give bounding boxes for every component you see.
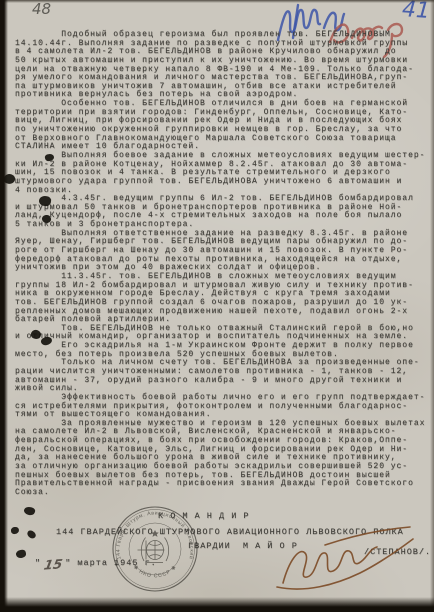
text-line: Правительственной награды - присвоения з…: [15, 480, 429, 489]
date-quote-open: ": [35, 558, 41, 568]
ink-blot: [26, 529, 37, 540]
page-edge-shadow: [430, 0, 434, 612]
document-scan: 48 41 Подобный образец героизма был проя…: [0, 0, 434, 612]
text-line: Союза.: [15, 489, 429, 498]
handwritten-date-day: 15: [43, 558, 64, 572]
stamp-bottom-text: ✱ НКО СССР ✱: [132, 564, 179, 579]
text-line: штурмового удара группой тов. БЕГЕЛЬДИНО…: [15, 178, 429, 187]
handwritten-page-number: 48: [32, 0, 51, 18]
page-edge-shadow: [0, 0, 434, 3]
regiment-seal-stamp-icon: 144 Гвард. Штурм. Авиационный Львовский …: [110, 504, 200, 594]
page-edge-shadow: [0, 0, 8, 612]
ink-blot: [15, 549, 26, 559]
soviet-emblem-icon: [138, 530, 169, 563]
ink-blot: [23, 506, 36, 517]
document-body-text: Подобный образец героизма был проявлен т…: [15, 31, 429, 498]
page-edge-shadow: [0, 597, 434, 612]
svg-text:✱ НКО СССР ✱: ✱ НКО СССР ✱: [132, 564, 179, 579]
commander-signature-icon: [265, 515, 430, 593]
ink-blot: [11, 527, 20, 535]
